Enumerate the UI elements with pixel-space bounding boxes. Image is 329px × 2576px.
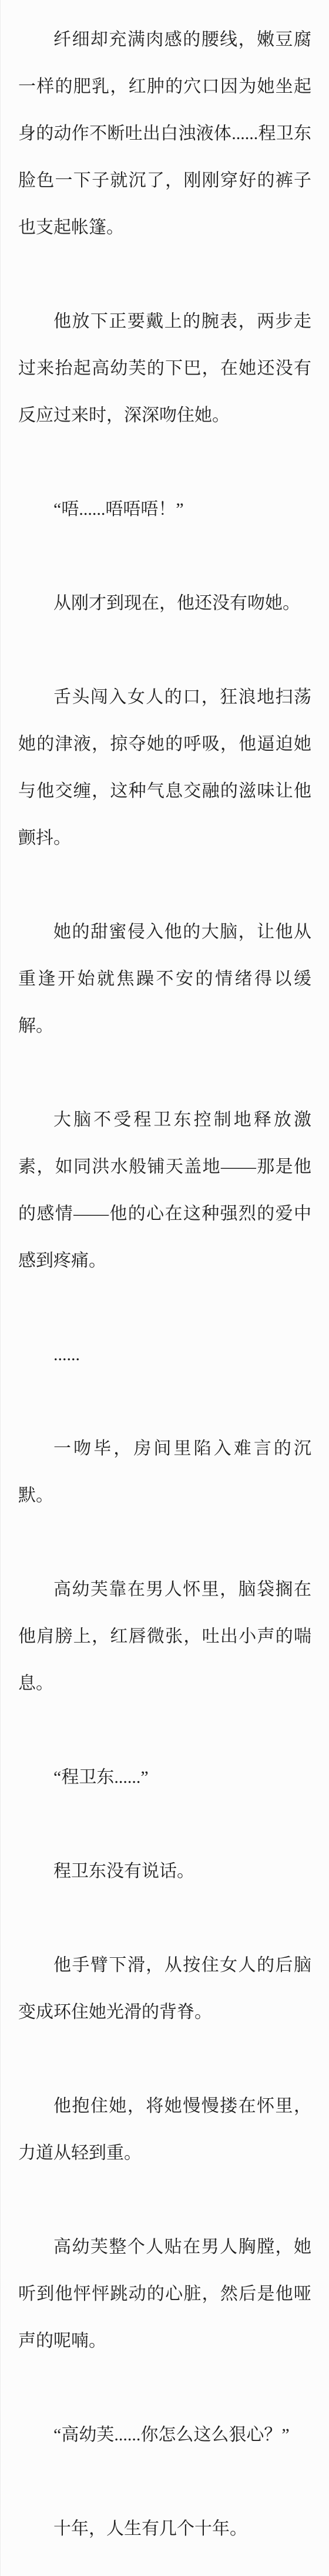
novel-paragraph: 高幼芙靠在男人怀里，脑袋搁在他肩膀上，红唇微张，吐出小声的喘息。 [18,1566,311,1707]
novel-paragraph: 他放下正要戴上的腕表，两步走过来抬起高幼芙的下巴，在她还没有反应过来时，深深吻住… [18,298,311,439]
novel-paragraph: 他手臂下滑，从按住女人的后脑变成环住她光滑的背脊。 [18,1942,311,2036]
novel-paragraph: 大脑不受程卫东控制地释放激素，如同洪水般铺天盖地——那是他的感情——他的心在这种… [18,1097,311,1284]
novel-paragraph: ...... [18,1331,311,1378]
novel-paragraph: 高幼芙整个人贴在男人胸膛，她听到他怦怦跳动的心脏，然后是他哑声的呢喃。 [18,2224,311,2365]
novel-paragraph: “程卫东......” [18,1754,311,1801]
novel-paragraph: 他抱住她，将她慢慢搂在怀里，力道从轻到重。 [18,2083,311,2177]
novel-paragraph: 十年，人生有几个十年。 [18,2506,311,2553]
novel-paragraph: 舌头闯入女人的口，狂浪地扫荡她的津液，掠夺她的呼吸，他逼迫她与他交缠，这种气息交… [18,674,311,862]
novel-paragraph: “高幼芙......你怎么这么狠心？” [18,2412,311,2459]
novel-paragraph: 一吻毕，房间里陷入难言的沉默。 [18,1425,311,1519]
novel-text: 纤细却充满肉感的腰线，嫩豆腐一样的肥乳，红肿的穴口因为她坐起身的动作不断吐出白浊… [18,16,311,2553]
novel-paragraph: 从刚才到现在，他还没有吻她。 [18,580,311,627]
novel-paragraph: 她的甜蜜侵入他的大脑，让他从重逢开始就焦躁不安的情绪得以缓解。 [18,909,311,1050]
novel-paragraph: 纤细却充满肉感的腰线，嫩豆腐一样的肥乳，红肿的穴口因为她坐起身的动作不断吐出白浊… [18,16,311,251]
novel-paragraph: 程卫东没有说话。 [18,1848,311,1895]
reader-page: 纤细却充满肉感的腰线，嫩豆腐一样的肥乳，红肿的穴口因为她坐起身的动作不断吐出白浊… [0,0,329,2576]
novel-paragraph: “唔......唔唔唔！” [18,486,311,533]
